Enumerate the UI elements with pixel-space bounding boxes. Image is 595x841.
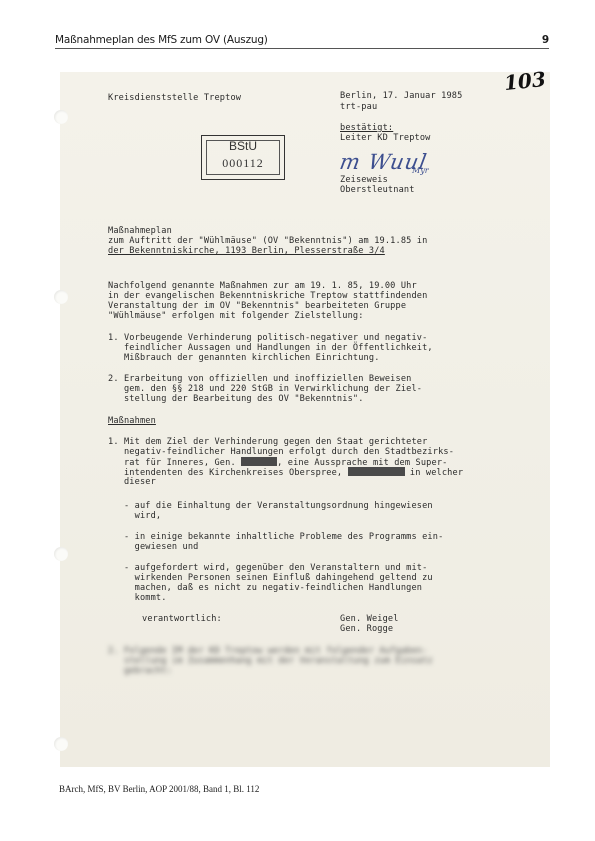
blurred-line: 2. Folgende IM der KD Treptow werden mit… — [108, 646, 427, 657]
intro-line: Nachfolgend genannte Maßnahmen zur am 19… — [108, 281, 417, 292]
goal-line: 2. Erarbeitung von offiziellen und inoff… — [108, 374, 411, 385]
bullet-line: wirkenden Personen seinen Einfluß dahing… — [108, 573, 433, 584]
punch-hole — [54, 547, 68, 561]
doc-title-line: der Bekenntniskirche, 1193 Berlin, Pless… — [108, 246, 385, 257]
reference-code: trt-pau — [340, 102, 377, 113]
goal-line: 1. Vorbeugende Verhinderung politisch-ne… — [108, 333, 427, 344]
approver-role: Leiter KD Treptow — [340, 133, 431, 144]
bullet-line: - aufgefordert wird, gegenüber den Veran… — [108, 563, 427, 574]
signature-suffix: Myr — [412, 166, 429, 175]
bullet-line: kommt. — [108, 593, 167, 604]
measures-heading: Maßnahmen — [108, 416, 156, 427]
blurred-line: gebracht: — [108, 666, 172, 677]
stamp-number: 000112 — [202, 156, 284, 171]
bullet-line: - auf die Einhaltung der Veranstaltungso… — [108, 501, 433, 512]
doc-title-line: Maßnahmeplan — [108, 226, 172, 237]
goal-line: gem. den §§ 218 und 220 StGB in Verwirkl… — [108, 384, 422, 395]
intro-line: in der evangelischen Bekenntniskriche Tr… — [108, 291, 427, 302]
measure-line: intendenten des Kirchenkreises Oberspree… — [108, 467, 463, 479]
handwritten-folio-number: 103 — [503, 67, 547, 95]
redaction-block — [241, 457, 277, 466]
place-date: Berlin, 17. Januar 1985 — [340, 91, 462, 102]
running-header: Maßnahmeplan des MfS zum OV (Auszug) 9 — [55, 34, 549, 49]
approved-label: bestätigt: — [340, 123, 393, 134]
punch-hole — [54, 110, 68, 124]
goal-line: Mißbrauch der genannten kirchlichen Einr… — [108, 353, 380, 364]
bullet-line: wird, — [108, 511, 161, 522]
office-name: Kreisdienststelle Treptow — [108, 93, 241, 104]
page-number: 9 — [542, 34, 549, 46]
responsible-person: Gen. Weigel — [340, 614, 399, 625]
punch-hole — [54, 290, 68, 304]
intro-line: Veranstaltung der im OV "Bekenntnis" bea… — [108, 301, 406, 312]
intro-line: "Wühlmäuse" erfolgen mit folgender Ziels… — [108, 311, 364, 322]
measure-line: 1. Mit dem Ziel der Verhinderung gegen d… — [108, 437, 427, 448]
measure-line: dieser — [108, 477, 156, 488]
goal-line: feindlicher Aussagen und Handlungen in d… — [108, 343, 433, 354]
measure-line: negativ-feindlicher Handlungen erfolgt d… — [108, 447, 454, 458]
source-citation: BArch, MfS, BV Berlin, AOP 2001/88, Band… — [59, 784, 259, 794]
bullet-line: gewiesen und — [108, 542, 199, 553]
measure-text: in welcher — [405, 468, 464, 478]
approver-rank: Oberstleutnant — [340, 185, 415, 196]
approver-name: Zeiseweis — [340, 175, 388, 186]
punch-hole — [54, 737, 68, 751]
archive-stamp: BStU 000112 — [201, 135, 285, 180]
stamp-label: BStU — [202, 139, 284, 153]
responsible-person: Gen. Rogge — [340, 624, 393, 635]
goal-line: stellung der Bearbeitung des OV "Bekennt… — [108, 394, 364, 405]
running-header-title: Maßnahmeplan des MfS zum OV (Auszug) — [55, 34, 268, 46]
bullet-line: - in einige bekannte inhaltliche Problem… — [108, 532, 443, 543]
blurred-line: stellung im Zusammenhang mit der Veranst… — [108, 656, 433, 667]
bullet-line: machen, daß es nicht zu negativ-feindlic… — [108, 583, 422, 594]
doc-title-line: zum Auftritt der "Wühlmäuse" (OV "Bekenn… — [108, 236, 427, 247]
responsible-label: verantwortlich: — [142, 614, 222, 625]
redaction-block — [348, 467, 405, 476]
